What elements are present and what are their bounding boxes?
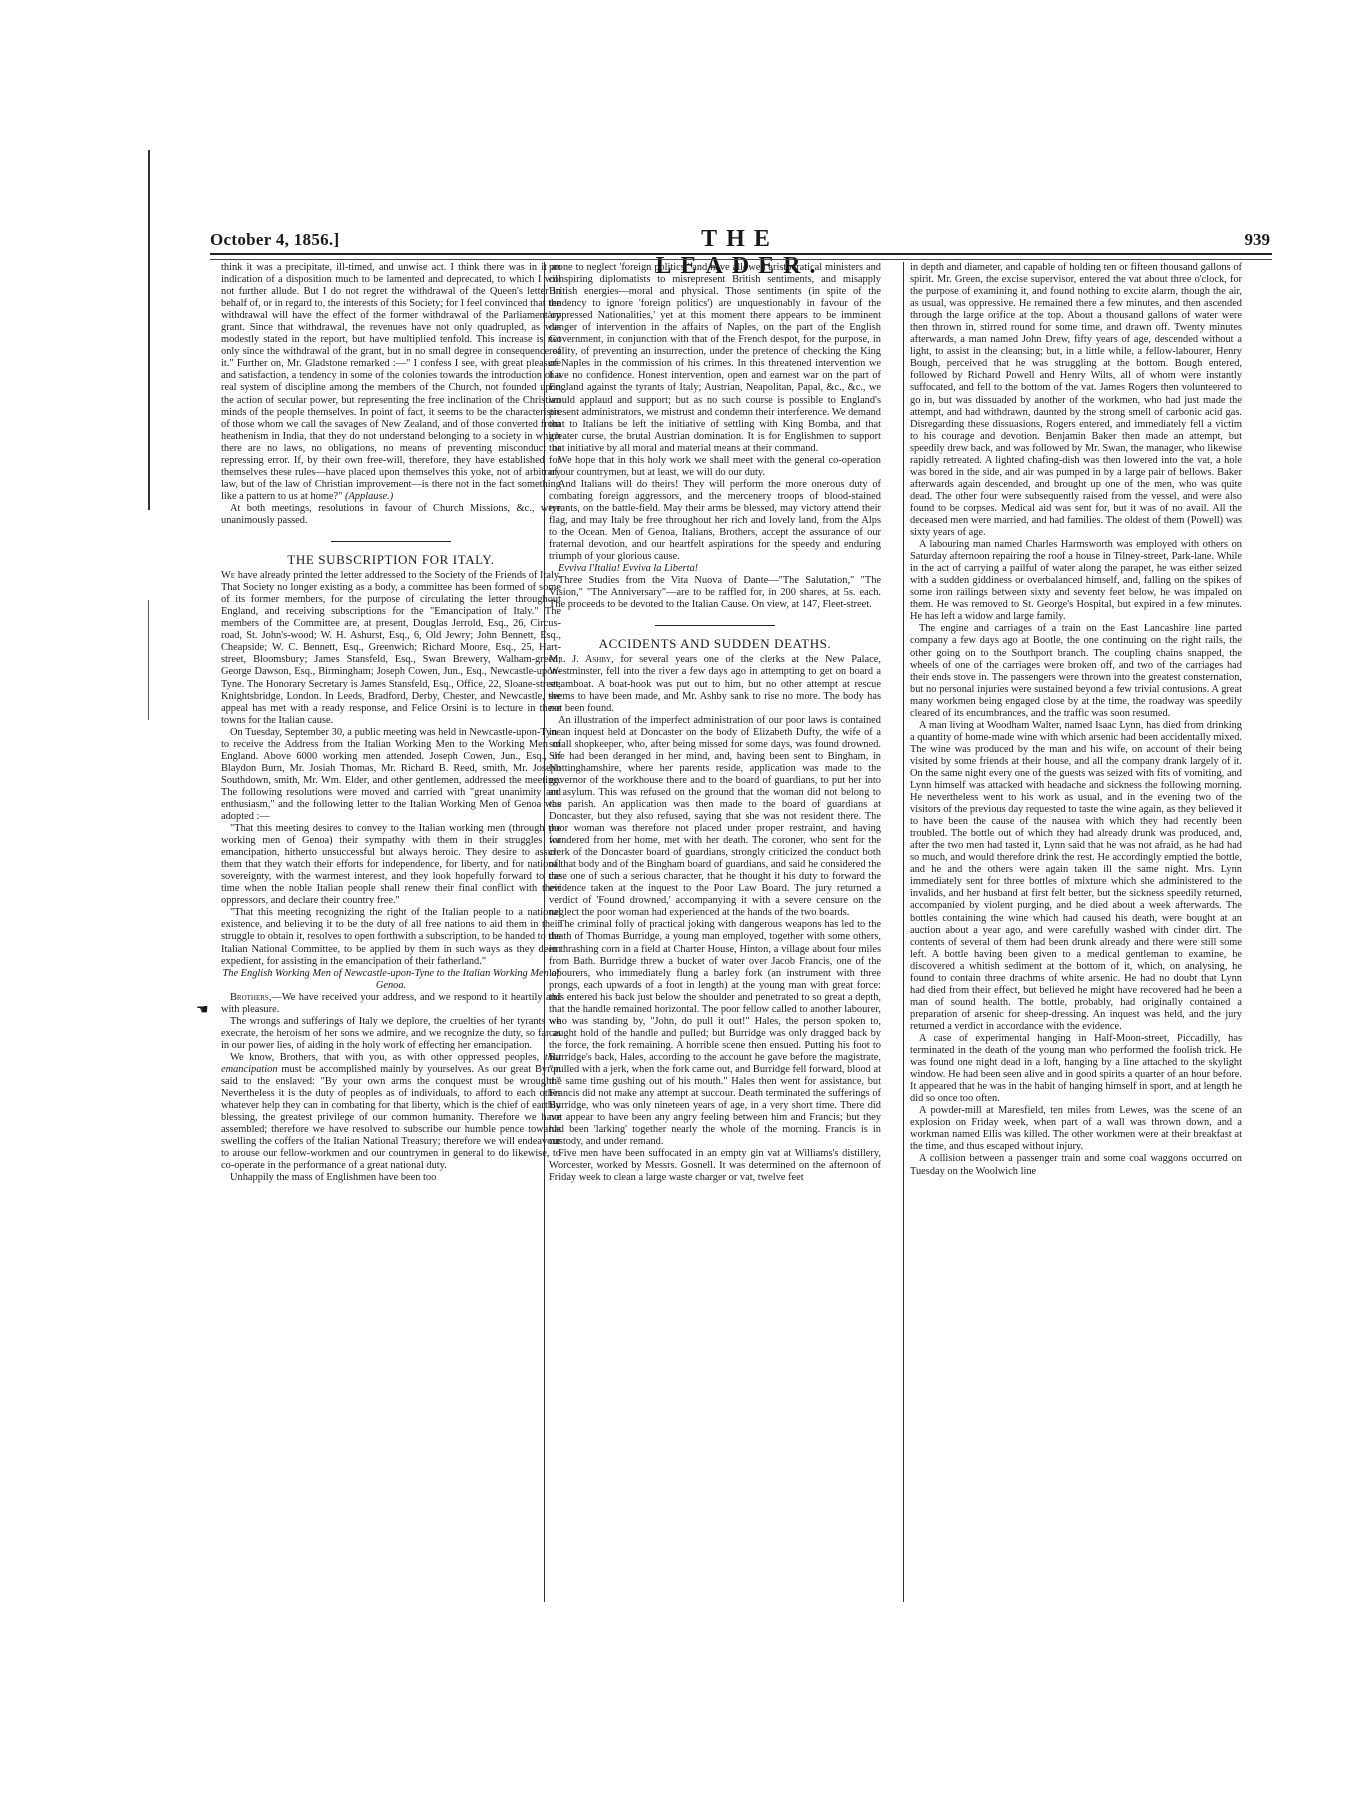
article-paragraph: An illustration of the imperfect adminis… (549, 715, 881, 920)
article-paragraph: prone to neglect 'foreign politics,' and… (549, 262, 881, 455)
article-paragraph: At both meetings, resolutions in favour … (221, 503, 561, 527)
column-1: think it was a precipitate, ill-timed, a… (221, 262, 561, 1184)
article-paragraph: Five men have been suffocated in an empt… (549, 1148, 881, 1184)
column-2: prone to neglect 'foreign politics,' and… (549, 262, 881, 1184)
article-paragraph: "That this meeting desires to convey to … (221, 823, 561, 907)
article-paragraph: Mr. J. Ashby, for several years one of t… (549, 654, 881, 714)
article-paragraph: The criminal folly of practical joking w… (549, 919, 881, 1148)
article-paragraph: A collision between a passenger train an… (910, 1153, 1242, 1177)
page-number: 939 (1245, 230, 1271, 250)
article-paragraph: A powder-mill at Maresfield, ten miles f… (910, 1105, 1242, 1153)
article-paragraph: Three Studies from the Vita Nuova of Dan… (549, 575, 881, 611)
article-paragraph: The wrongs and sufferings of Italy we de… (221, 1016, 561, 1052)
newspaper-page: October 4, 1856.] THE LEADER. 939 ☚ thin… (0, 0, 1351, 1801)
section-heading: THE SUBSCRIPTION FOR ITALY. (221, 554, 561, 566)
issue-date: October 4, 1856.] (210, 230, 339, 250)
article-paragraph: think it was a precipitate, ill-timed, a… (221, 262, 561, 503)
article-paragraph: We hope that in this holy work we shall … (549, 455, 881, 479)
letter-heading: The English Working Men of Newcastle-upo… (221, 968, 561, 992)
column-divider (903, 262, 904, 1602)
margin-rule (148, 600, 149, 720)
article-paragraph: A man living at Woodham Walter, named Is… (910, 720, 1242, 1033)
section-divider (655, 625, 775, 626)
article-paragraph: And Italians will do theirs! They will p… (549, 479, 881, 563)
margin-rule (148, 150, 150, 510)
article-paragraph: Brothers,—We have received your address,… (221, 992, 561, 1016)
article-paragraph: We know, Brothers, that with you, as wit… (221, 1052, 561, 1172)
article-paragraph: in depth and diameter, and capable of ho… (910, 262, 1242, 539)
article-paragraph: A case of experimental hanging in Half-M… (910, 1033, 1242, 1105)
section-divider (331, 541, 451, 542)
article-paragraph: Unhappily the mass of Englishmen have be… (221, 1172, 561, 1184)
section-heading: ACCIDENTS AND SUDDEN DEATHS. (549, 638, 881, 650)
masthead: October 4, 1856.] THE LEADER. 939 (210, 230, 1270, 254)
article-paragraph: We have already printed the letter addre… (221, 570, 561, 727)
pointing-hand-icon: ☚ (196, 1002, 209, 1019)
article-paragraph: Evviva l'Italia! Evviva la Liberta! (549, 563, 881, 575)
column-3: in depth and diameter, and capable of ho… (910, 262, 1242, 1178)
article-paragraph: On Tuesday, September 30, a public meeti… (221, 727, 561, 823)
article-paragraph: The engine and carriages of a train on t… (910, 623, 1242, 719)
header-rule (210, 253, 1272, 260)
article-paragraph: "That this meeting recognizing the right… (221, 907, 561, 967)
article-paragraph: A labouring man named Charles Harmsworth… (910, 539, 1242, 623)
